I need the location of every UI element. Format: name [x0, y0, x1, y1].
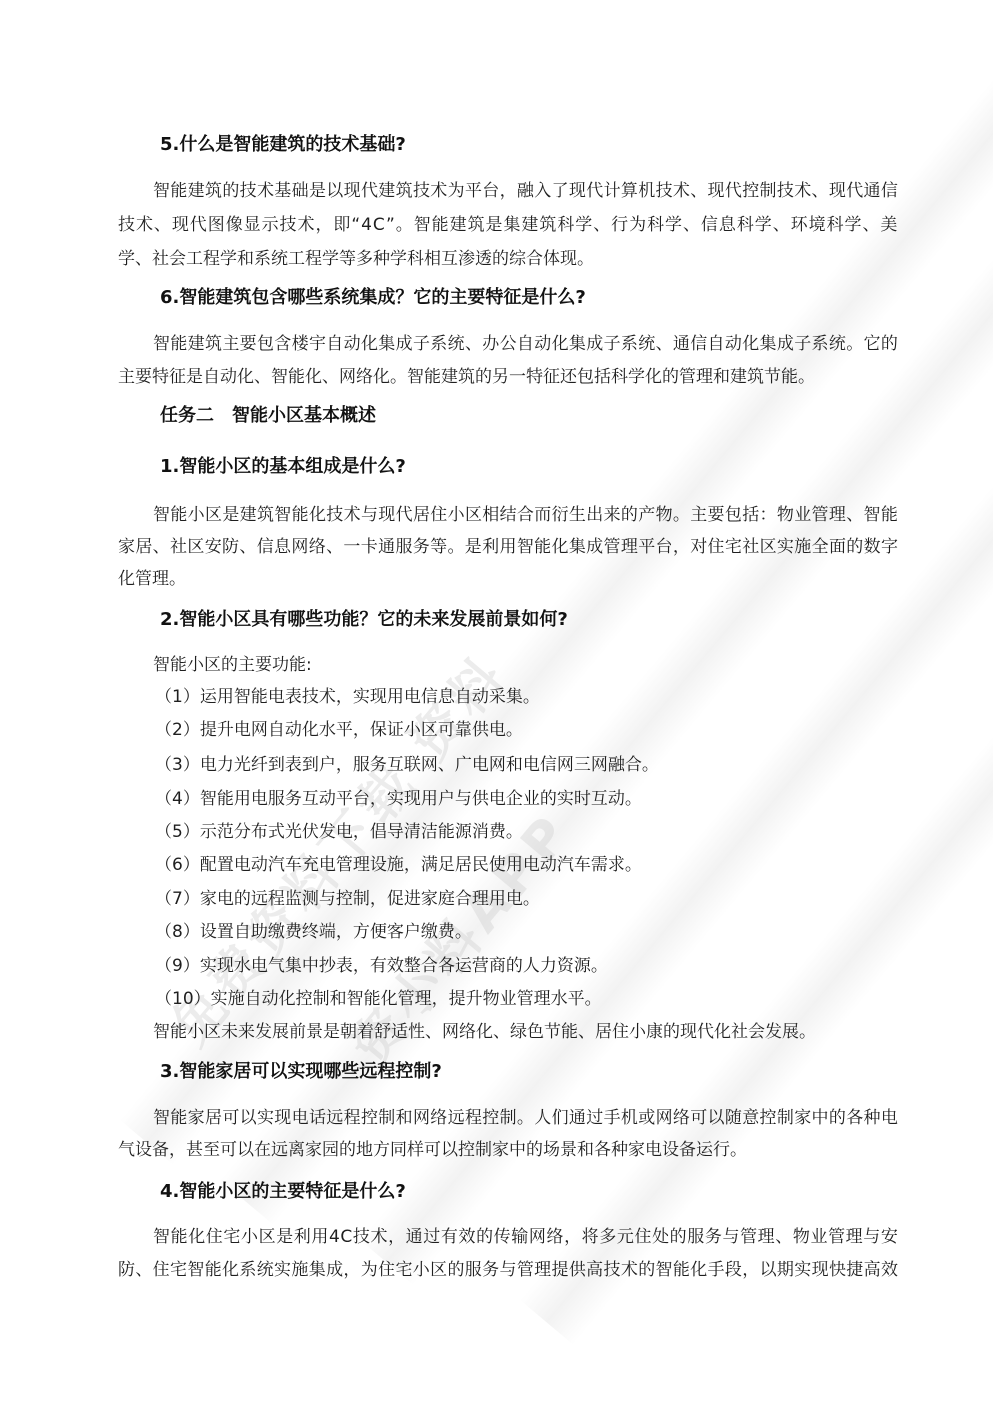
- list-item: （4）智能用电服务互动平台，实现用户与供电企业的实时互动。: [155, 788, 642, 810]
- list-item: （10）实施自动化控制和智能化管理，提升物业管理水平。: [155, 988, 602, 1010]
- section-heading: 1.智能小区的基本组成是什么?: [160, 456, 406, 478]
- paragraph-line: 智能建筑主要包含楼宇自动化集成子系统、办公自动化集成子系统、通信自动化集成子系统…: [153, 333, 898, 355]
- paragraph-line: 家居、社区安防、信息网络、一卡通服务等。是利用智能化集成管理平台，对住宅社区实施…: [118, 536, 898, 558]
- paragraph-line: 防、住宅智能化系统实施集成，为住宅小区的服务与管理提供高技术的智能化手段，以期实…: [118, 1259, 898, 1281]
- paragraph-line: 智能小区是建筑智能化技术与现代居住小区相结合而衍生出来的产物。主要包括：物业管理…: [153, 504, 898, 526]
- section-heading: 5.什么是智能建筑的技术基础?: [160, 134, 406, 156]
- list-intro: 智能小区的主要功能:: [153, 654, 312, 676]
- list-item: （2）提升电网自动化水平，保证小区可靠供电。: [155, 719, 523, 741]
- paragraph-line: 技术、现代图像显示技术，即“4C”。智能建筑是集建筑科学、行为科学、信息科学、环…: [118, 214, 898, 236]
- paragraph-line: 智能小区未来发展前景是朝着舒适性、网络化、绿色节能、居住小康的现代化社会发展。: [153, 1021, 816, 1043]
- section-heading: 4.智能小区的主要特征是什么?: [160, 1181, 406, 1203]
- paragraph-line: 气设备，甚至可以在远离家园的地方同样可以控制家中的场景和各种家电设备运行。: [118, 1139, 747, 1161]
- paragraph-line: 学、社会工程学和系统工程学等多种学科相互渗透的综合体现。: [118, 248, 594, 270]
- list-item: （1）运用智能电表技术，实现用电信息自动采集。: [155, 686, 540, 708]
- list-item: （7）家电的远程监测与控制，促进家庭合理用电。: [155, 888, 540, 910]
- section-heading: 3.智能家居可以实现哪些远程控制?: [160, 1061, 442, 1083]
- list-item: （8）设置自助缴费终端，方便客户缴费。: [155, 921, 472, 943]
- paragraph-line: 化管理。: [118, 568, 186, 590]
- list-item: （6）配置电动汽车充电管理设施，满足居民使用电动汽车需求。: [155, 854, 642, 876]
- document-page: 免费资料下载 资料 资小料APP 5.什么是智能建筑的技术基础? 智能建筑的技术…: [0, 0, 993, 1404]
- document-content: 5.什么是智能建筑的技术基础? 智能建筑的技术基础是以现代建筑技术为平台，融入了…: [0, 0, 993, 1404]
- section-heading: 6.智能建筑包含哪些系统集成？它的主要特征是什么?: [160, 287, 586, 309]
- list-item: （5）示范分布式光伏发电，倡导清洁能源消费。: [155, 821, 523, 843]
- paragraph-line: 主要特征是自动化、智能化、网络化。智能建筑的另一特征还包括科学化的管理和建筑节能…: [118, 366, 815, 388]
- paragraph-line: 智能家居可以实现电话远程控制和网络远程控制。人们通过手机或网络可以随意控制家中的…: [153, 1107, 898, 1129]
- paragraph-line: 智能建筑的技术基础是以现代建筑技术为平台，融入了现代计算机技术、现代控制技术、现…: [153, 180, 898, 202]
- list-item: （9）实现水电气集中抄表，有效整合各运营商的人力资源。: [155, 955, 608, 977]
- paragraph-line: 智能化住宅小区是利用4C技术，通过有效的传输网络，将多元住处的服务与管理、物业管…: [153, 1226, 898, 1248]
- task-title: 任务二 智能小区基本概述: [160, 405, 376, 427]
- section-heading: 2.智能小区具有哪些功能？它的未来发展前景如何?: [160, 609, 568, 631]
- list-item: （3）电力光纤到表到户，服务互联网、广电网和电信网三网融合。: [155, 754, 659, 776]
